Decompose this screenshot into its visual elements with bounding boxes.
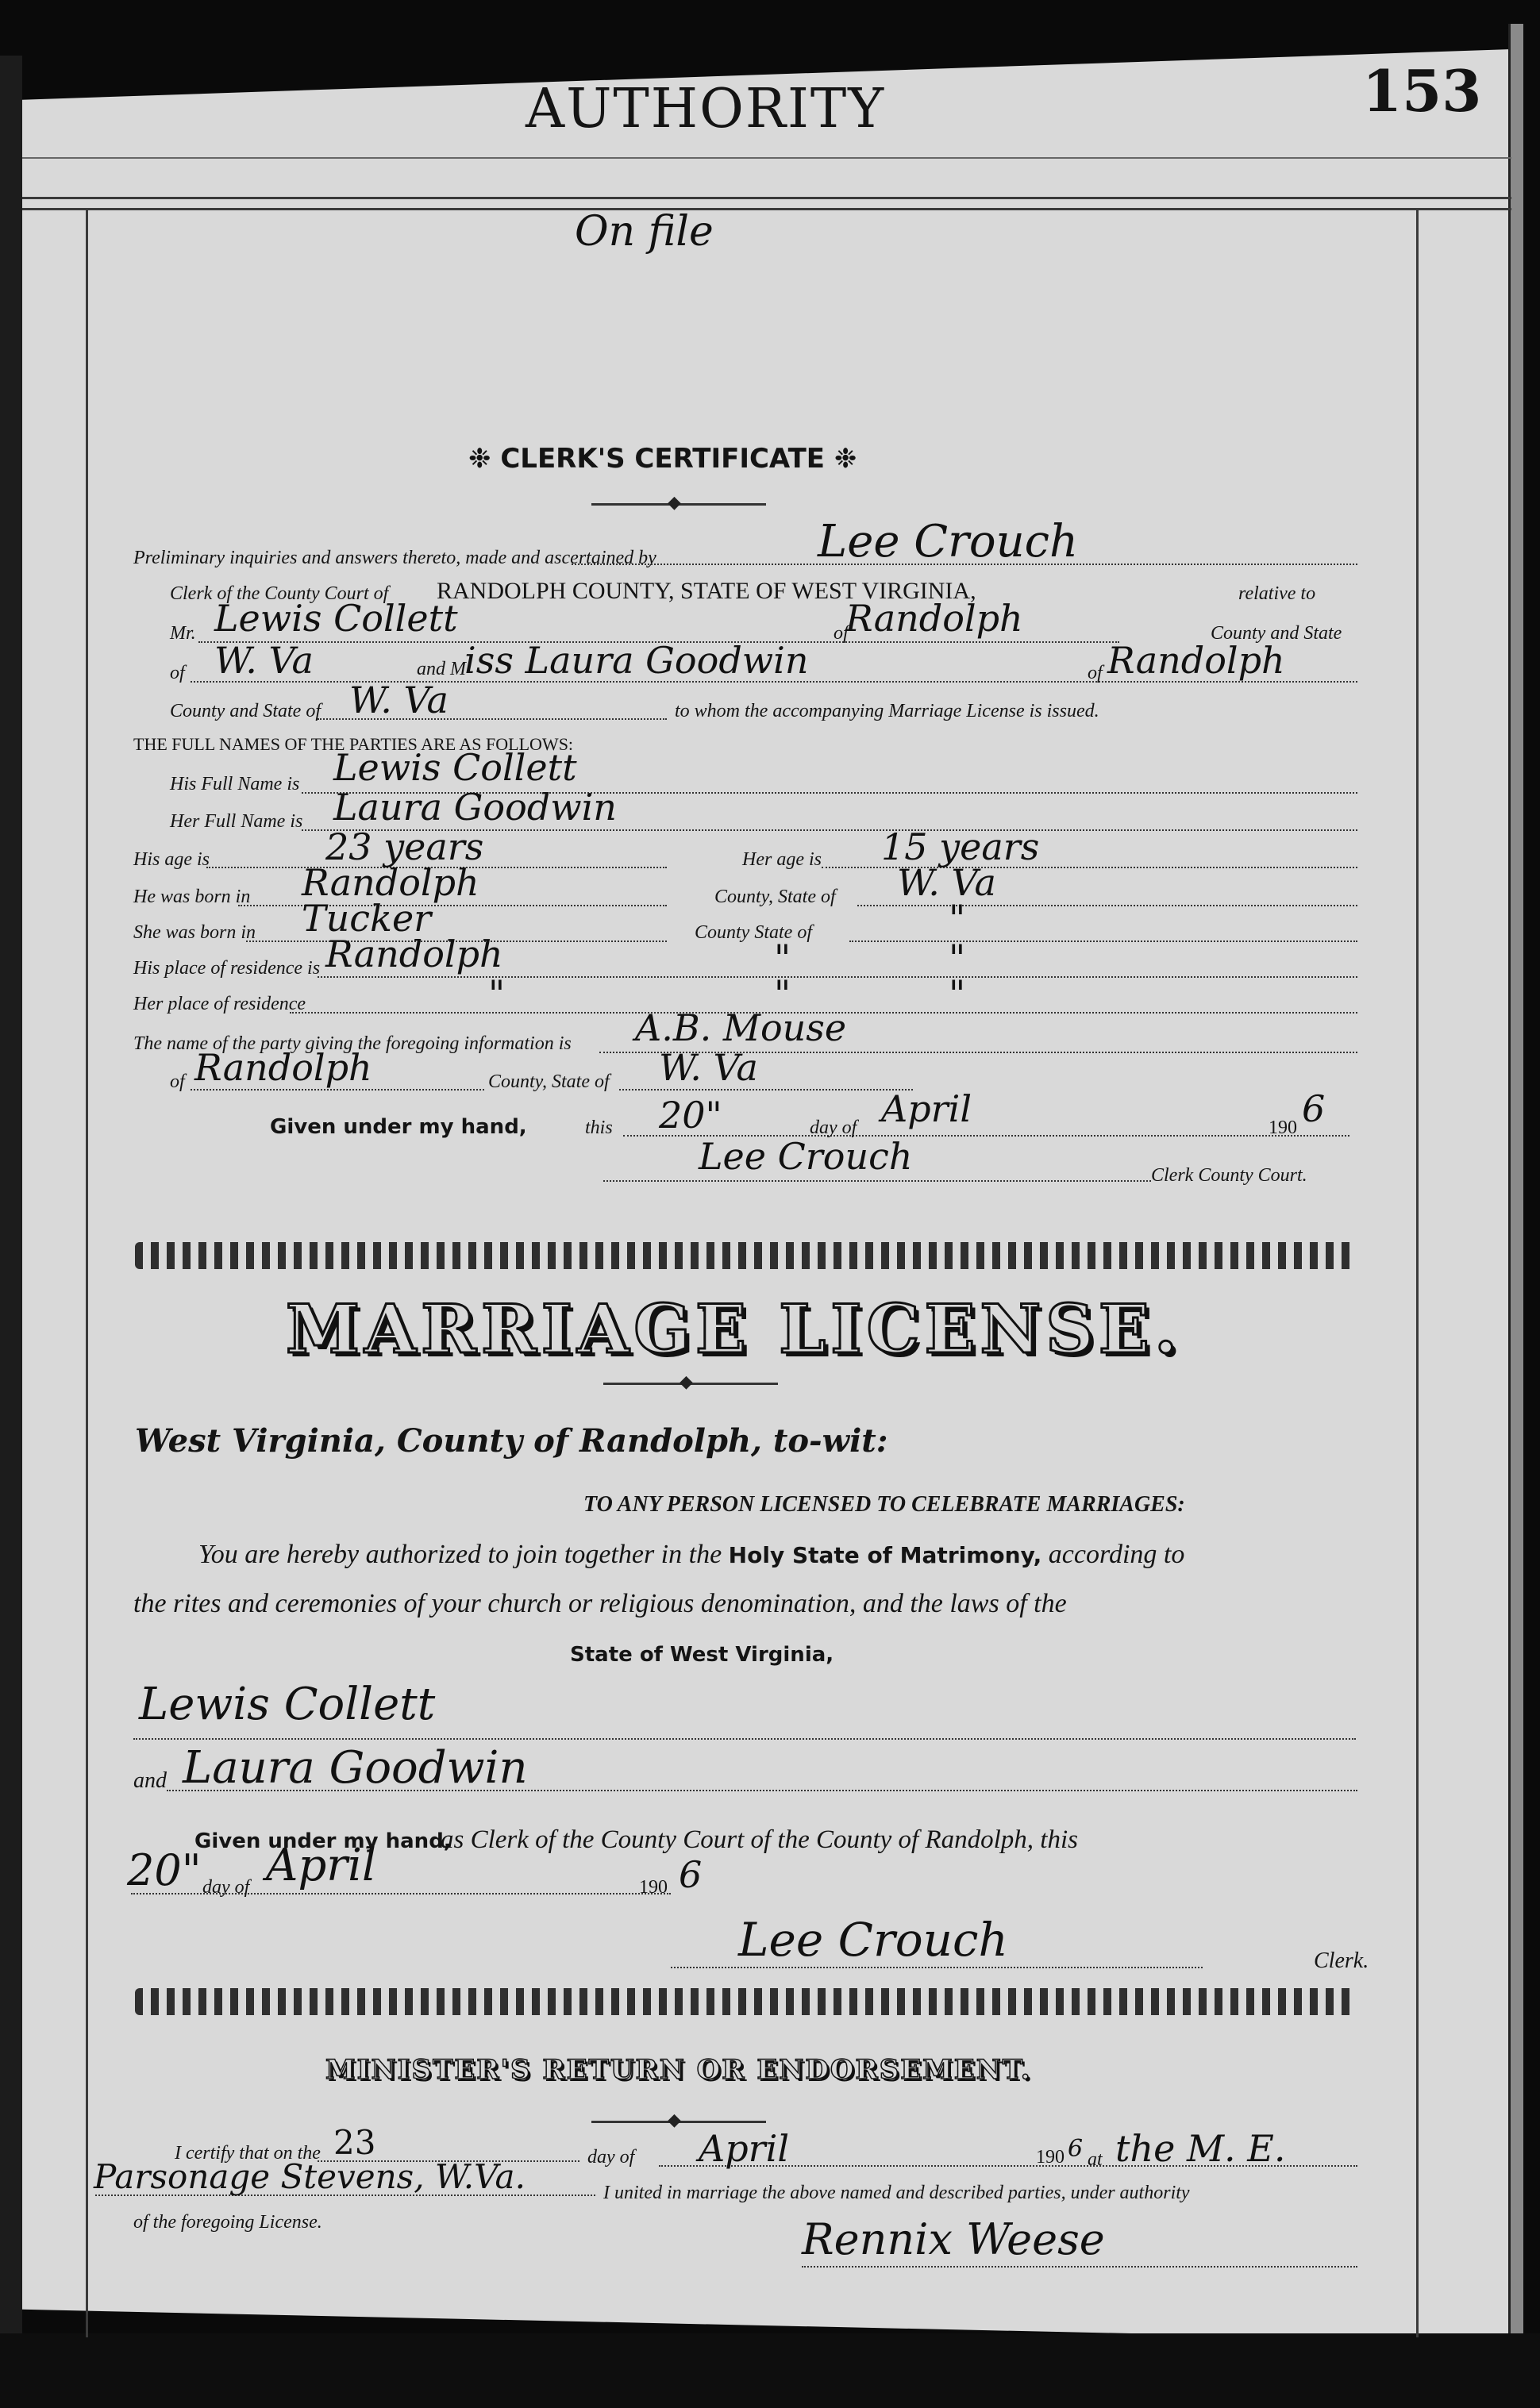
he-state: W. Va: [897, 861, 996, 904]
addressee: TO ANY PERSON LICENSED TO CELEBRATE MARR…: [583, 1492, 1185, 1518]
his-residence-line: [318, 976, 1357, 978]
ornamental-border-1: [135, 1242, 1357, 1269]
to-whom-text: to whom the accompanying Marriage Licens…: [675, 701, 1099, 722]
license-body-line1: You are hereby authorized to join togeth…: [198, 1540, 1184, 1570]
of-label-3: of: [1088, 663, 1103, 684]
jurisdiction: West Virginia, County of Randolph, to-wi…: [135, 1422, 888, 1460]
informant: A.B. Mouse: [635, 1006, 846, 1049]
minister-signature: Rennix Weese: [802, 2214, 1105, 2264]
and-miss-label: and M: [417, 659, 466, 680]
given-month: April: [881, 1087, 972, 1130]
her-residence-ditto-1: ": [488, 972, 505, 1015]
license-signature-title: Clerk.: [1314, 1948, 1369, 1974]
right-margin-line: [1416, 210, 1419, 2337]
his-age-label: His age is: [133, 849, 210, 871]
informant-county-state-label: County, State of: [488, 1071, 610, 1093]
license-year-prefix: 190: [639, 1877, 668, 1898]
of-label-2: of: [170, 663, 185, 684]
at-label: at: [1088, 2149, 1103, 2171]
given-day: 20": [659, 1094, 722, 1137]
foregoing-text: of the foregoing License.: [133, 2212, 322, 2233]
informant-county: Randolph: [194, 1046, 372, 1089]
license-signature-line: [671, 1967, 1203, 1968]
prelim-label: Preliminary inquiries and answers theret…: [133, 548, 656, 569]
license-day-of-label: day of: [202, 1877, 249, 1898]
ministers-return-title: MINISTER'S RETURN OR ENDORSEMENT.: [325, 2054, 1032, 2086]
year-suffix: 6: [1302, 1087, 1325, 1130]
relative-to-label: relative to: [1238, 583, 1315, 605]
her-age-label: Her age is: [742, 849, 822, 871]
license-signature: Lee Crouch: [738, 1913, 1008, 1967]
place-a: the M. E.: [1115, 2127, 1286, 2170]
clerks-certificate-title: ❉ CLERK'S CERTIFICATE ❉: [468, 443, 857, 475]
license-divider: [603, 1383, 778, 1385]
minister-divider: [591, 2121, 766, 2123]
ornamental-border-2: [135, 1988, 1357, 2015]
book-spine: [0, 56, 22, 2341]
holy-state-of-matrimony: Holy State of Matrimony,: [729, 1542, 1042, 1568]
his-residence-label: His place of residence is: [133, 958, 320, 979]
miss-value: iss Laura Goodwin: [464, 639, 808, 682]
license-body-1c: according to: [1049, 1540, 1185, 1569]
united-text: I united in marriage the above named and…: [603, 2183, 1190, 2204]
informant-of-label: of: [170, 1071, 185, 1093]
informant-county-line: [191, 1089, 484, 1091]
this-label: this: [585, 1117, 613, 1139]
clerk-signature-line: [603, 1180, 1151, 1182]
clerk-signature: Lee Crouch: [699, 1135, 913, 1178]
place-b: Parsonage Stevens, W.Va.: [94, 2157, 526, 2196]
informant-state: W. Va: [659, 1046, 758, 1089]
he-county-state-label: County, State of: [714, 887, 836, 908]
ornament-right-icon: ❉: [825, 443, 857, 475]
license-month: April: [266, 1840, 376, 1891]
header-double-rule-1: [22, 197, 1511, 199]
and-label: and: [133, 1768, 167, 1794]
license-body-1a: You are hereby authorized to join togeth…: [198, 1540, 722, 1569]
section-divider: [591, 503, 766, 506]
certify-day-of-label: day of: [587, 2147, 634, 2168]
miss-county: Randolph: [1107, 639, 1285, 682]
left-margin-line: [86, 210, 88, 2337]
he-state-line: [857, 905, 1357, 906]
he-born-label: He was born in: [133, 887, 250, 908]
her-residence-label: Her place of residence: [133, 994, 306, 1015]
his-full-name-label: His Full Name is: [170, 774, 299, 795]
minister-signature-line: [802, 2266, 1357, 2268]
bride-name: Laura Goodwin: [183, 1742, 528, 1794]
informant-state-line: [619, 1089, 913, 1091]
license-body-line3: State of West Virginia,: [570, 1643, 834, 1667]
license-given-rest: as Clerk of the County Court of the Coun…: [441, 1825, 1078, 1855]
groom-line: [133, 1738, 1356, 1740]
mr-value: Lewis Collett: [214, 597, 458, 640]
clerks-certificate-title-text: CLERK'S CERTIFICATE: [500, 443, 825, 475]
page-number: 153: [1362, 57, 1481, 125]
mr-county: Randolph: [845, 597, 1023, 640]
groom-name: Lewis Collett: [139, 1679, 435, 1730]
she-state: ": [949, 897, 965, 940]
ornament-left-icon: ❉: [468, 443, 500, 475]
year-prefix: 190: [1269, 1117, 1297, 1139]
certify-year-prefix: 190: [1036, 2147, 1065, 2168]
county-state-of-label: County and State of: [170, 701, 321, 722]
certify-year-suffix: 6: [1068, 2135, 1083, 2163]
header-rule: [22, 157, 1511, 159]
mr-state: W. Va: [214, 639, 314, 682]
certify-day: 23: [333, 2123, 375, 2162]
license-day: 20": [127, 1845, 202, 1895]
background-bottom: [0, 2333, 1540, 2408]
authority-heading: AUTHORITY: [526, 78, 885, 140]
miss-state: W. Va: [349, 679, 449, 721]
she-state-line: [849, 941, 1357, 942]
prelim-value: Lee Crouch: [818, 516, 1078, 567]
certify-month: April: [699, 2127, 789, 2170]
given-under-hand-label: Given under my hand,: [270, 1115, 527, 1139]
mr-label: Mr.: [170, 623, 196, 644]
her-full-name-label: Her Full Name is: [170, 811, 302, 833]
she-county-state-label: County State of: [695, 922, 812, 944]
page-edge: [1508, 24, 1523, 2357]
she-born-label: She was born in: [133, 922, 256, 944]
her-full-name: Laura Goodwin: [333, 786, 617, 829]
header-double-rule-2: [22, 208, 1511, 210]
her-residence-ditto-3: ": [949, 972, 965, 1015]
marriage-license-title: MARRIAGE LICENSE.: [286, 1290, 1182, 1368]
his-residence: Randolph: [325, 933, 503, 975]
his-full-name: Lewis Collett: [333, 746, 577, 789]
authority-note: On file: [575, 208, 714, 256]
license-body-line2: the rites and ceremonies of your church …: [133, 1589, 1067, 1619]
clerk-signature-title: Clerk County Court.: [1151, 1165, 1307, 1187]
license-year-suffix: 6: [679, 1853, 702, 1896]
